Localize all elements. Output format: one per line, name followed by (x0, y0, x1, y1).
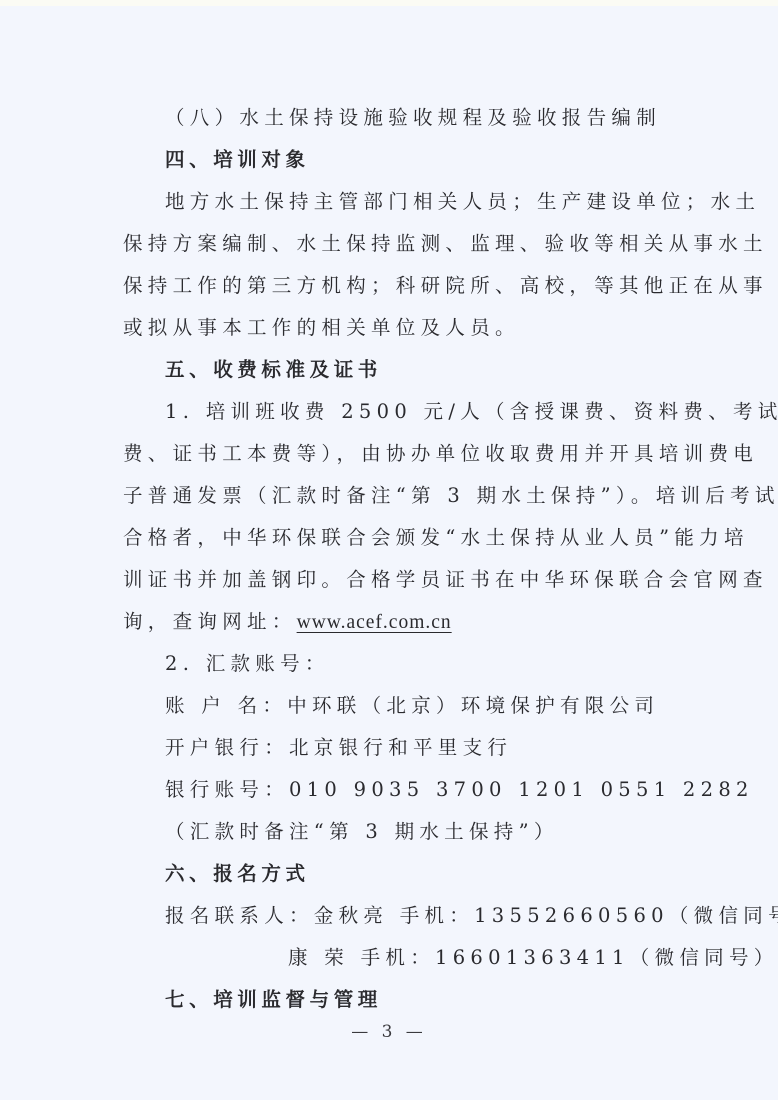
account-number: 银行账号：010 9035 3700 1201 0551 2282 (165, 776, 754, 804)
paragraph-line: 保持方案编制、水土保持监测、监理、验收等相关从事水土 (123, 230, 768, 258)
paragraph-line: 子普通发票（汇款时备注“第 3 期水土保持”）。培训后考试 (123, 482, 778, 510)
paragraph-line: 1. 培训班收费 2500 元/人（含授课费、资料费、考试 (165, 398, 778, 426)
paragraph-line: 询，查询网址：www.acef.com.cn (123, 608, 452, 637)
section-heading-training-targets: 四、培训对象 (165, 146, 310, 174)
section-heading-registration: 六、报名方式 (165, 860, 310, 888)
paragraph-line: 训证书并加盖钢印。合格学员证书在中华环保联合会官网查 (123, 566, 768, 594)
paragraph-line: 或拟从事本工作的相关单位及人员。 (123, 314, 520, 342)
paragraph-line: 保持工作的第三方机构；科研院所、高校，等其他正在从事 (123, 272, 768, 300)
list-item-8: （八）水土保持设施验收规程及验收报告编制 (165, 104, 661, 132)
page-number: — 3 — (0, 1022, 778, 1042)
remittance-heading: 2. 汇款账号： (165, 650, 330, 678)
paragraph-line: 地方水土保持主管部门相关人员；生产建设单位；水土 (165, 188, 760, 216)
website-label: 询，查询网址： (123, 610, 297, 633)
paragraph-line: 合格者，中华环保联合会颁发“水土保持从业人员”能力培 (123, 524, 749, 552)
contact-line-1: 报名联系人：金秋亮 手机：13552660560（微信同号） (165, 902, 778, 930)
website-link[interactable]: www.acef.com.cn (297, 612, 452, 633)
remittance-note: （汇款时备注“第 3 期水土保持”） (165, 818, 559, 846)
paragraph-line: 费、证书工本费等），由协办单位收取费用并开具培训费电 (123, 440, 758, 468)
section-heading-supervision: 七、培训监督与管理 (165, 986, 382, 1014)
contact-line-2: 康 荣 手机：16601363411（微信同号） (288, 944, 778, 972)
section-heading-fees-certificate: 五、收费标准及证书 (165, 356, 382, 384)
scan-top-edge (0, 0, 778, 6)
bank-name: 开户银行：北京银行和平里支行 (165, 734, 512, 762)
account-name: 账 户 名：中环联（北京）环境保护有限公司 (165, 692, 659, 720)
